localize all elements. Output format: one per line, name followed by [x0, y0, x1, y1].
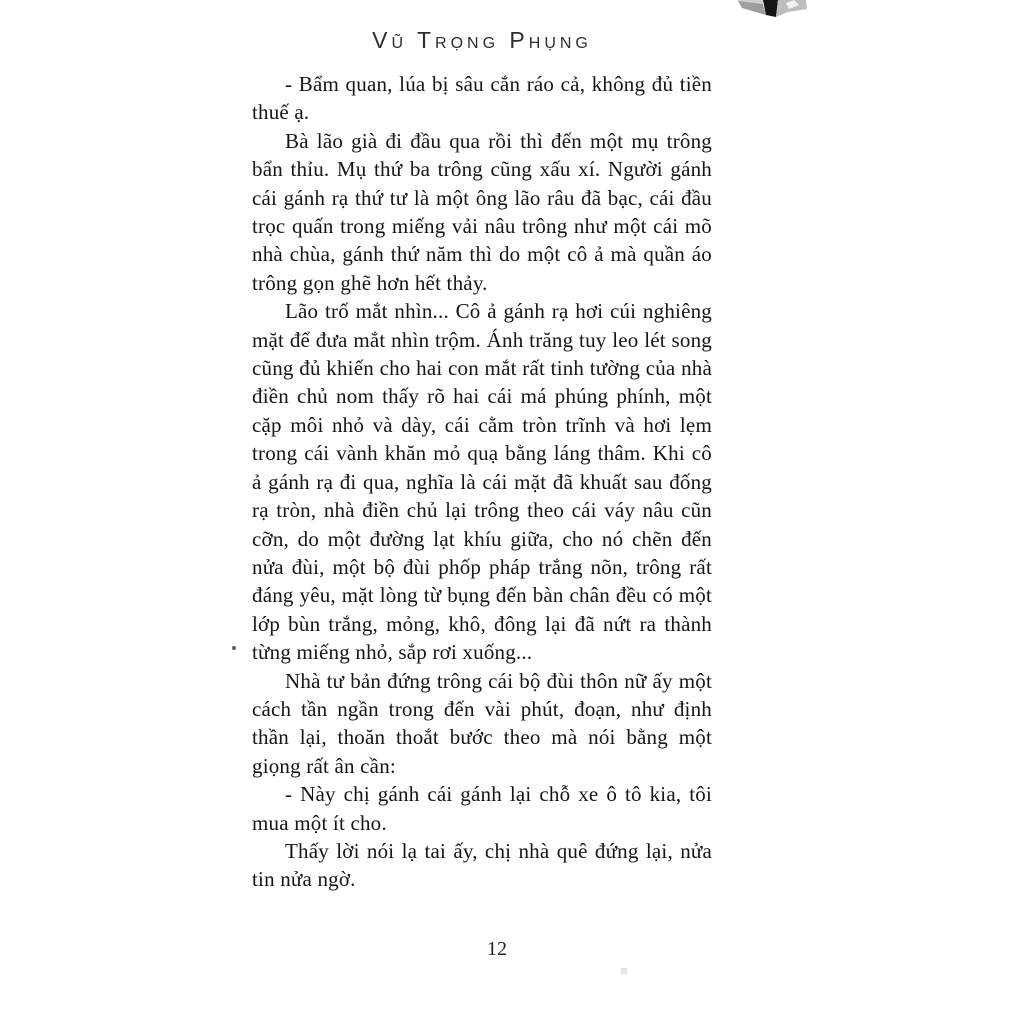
book-page-scan: Vũ Trọng Phụng - Bẩm quan, lúa bị sâu cắ… [0, 0, 1024, 1024]
body-paragraph-4: Nhà tư bản đứng trông cái bộ đùi thôn nữ… [252, 667, 712, 781]
body-paragraph-2: Bà lão già đi đầu qua rồi thì đến một mụ… [252, 127, 712, 297]
page-number: 12 [252, 938, 742, 961]
dialog-paragraph-1: - Bẩm quan, lúa bị sâu cắn ráo cả, không… [252, 70, 712, 127]
text-block: - Bẩm quan, lúa bị sâu cắn ráo cả, không… [252, 70, 712, 894]
dialog-paragraph-5: - Này chị gánh cái gánh lại chỗ xe ô tô … [252, 780, 712, 837]
running-header: Vũ Trọng Phụng [252, 27, 712, 54]
ink-speck [232, 646, 236, 650]
body-paragraph-3: Lão trố mắt nhìn... Cô ả gánh rạ hơi cúi… [252, 297, 712, 666]
body-paragraph-6: Thấy lời nói lạ tai ấy, chị nhà quê đứng… [252, 837, 712, 894]
scan-artifact-speck [621, 968, 627, 974]
photo-corner-fragment-icon [736, 0, 808, 20]
